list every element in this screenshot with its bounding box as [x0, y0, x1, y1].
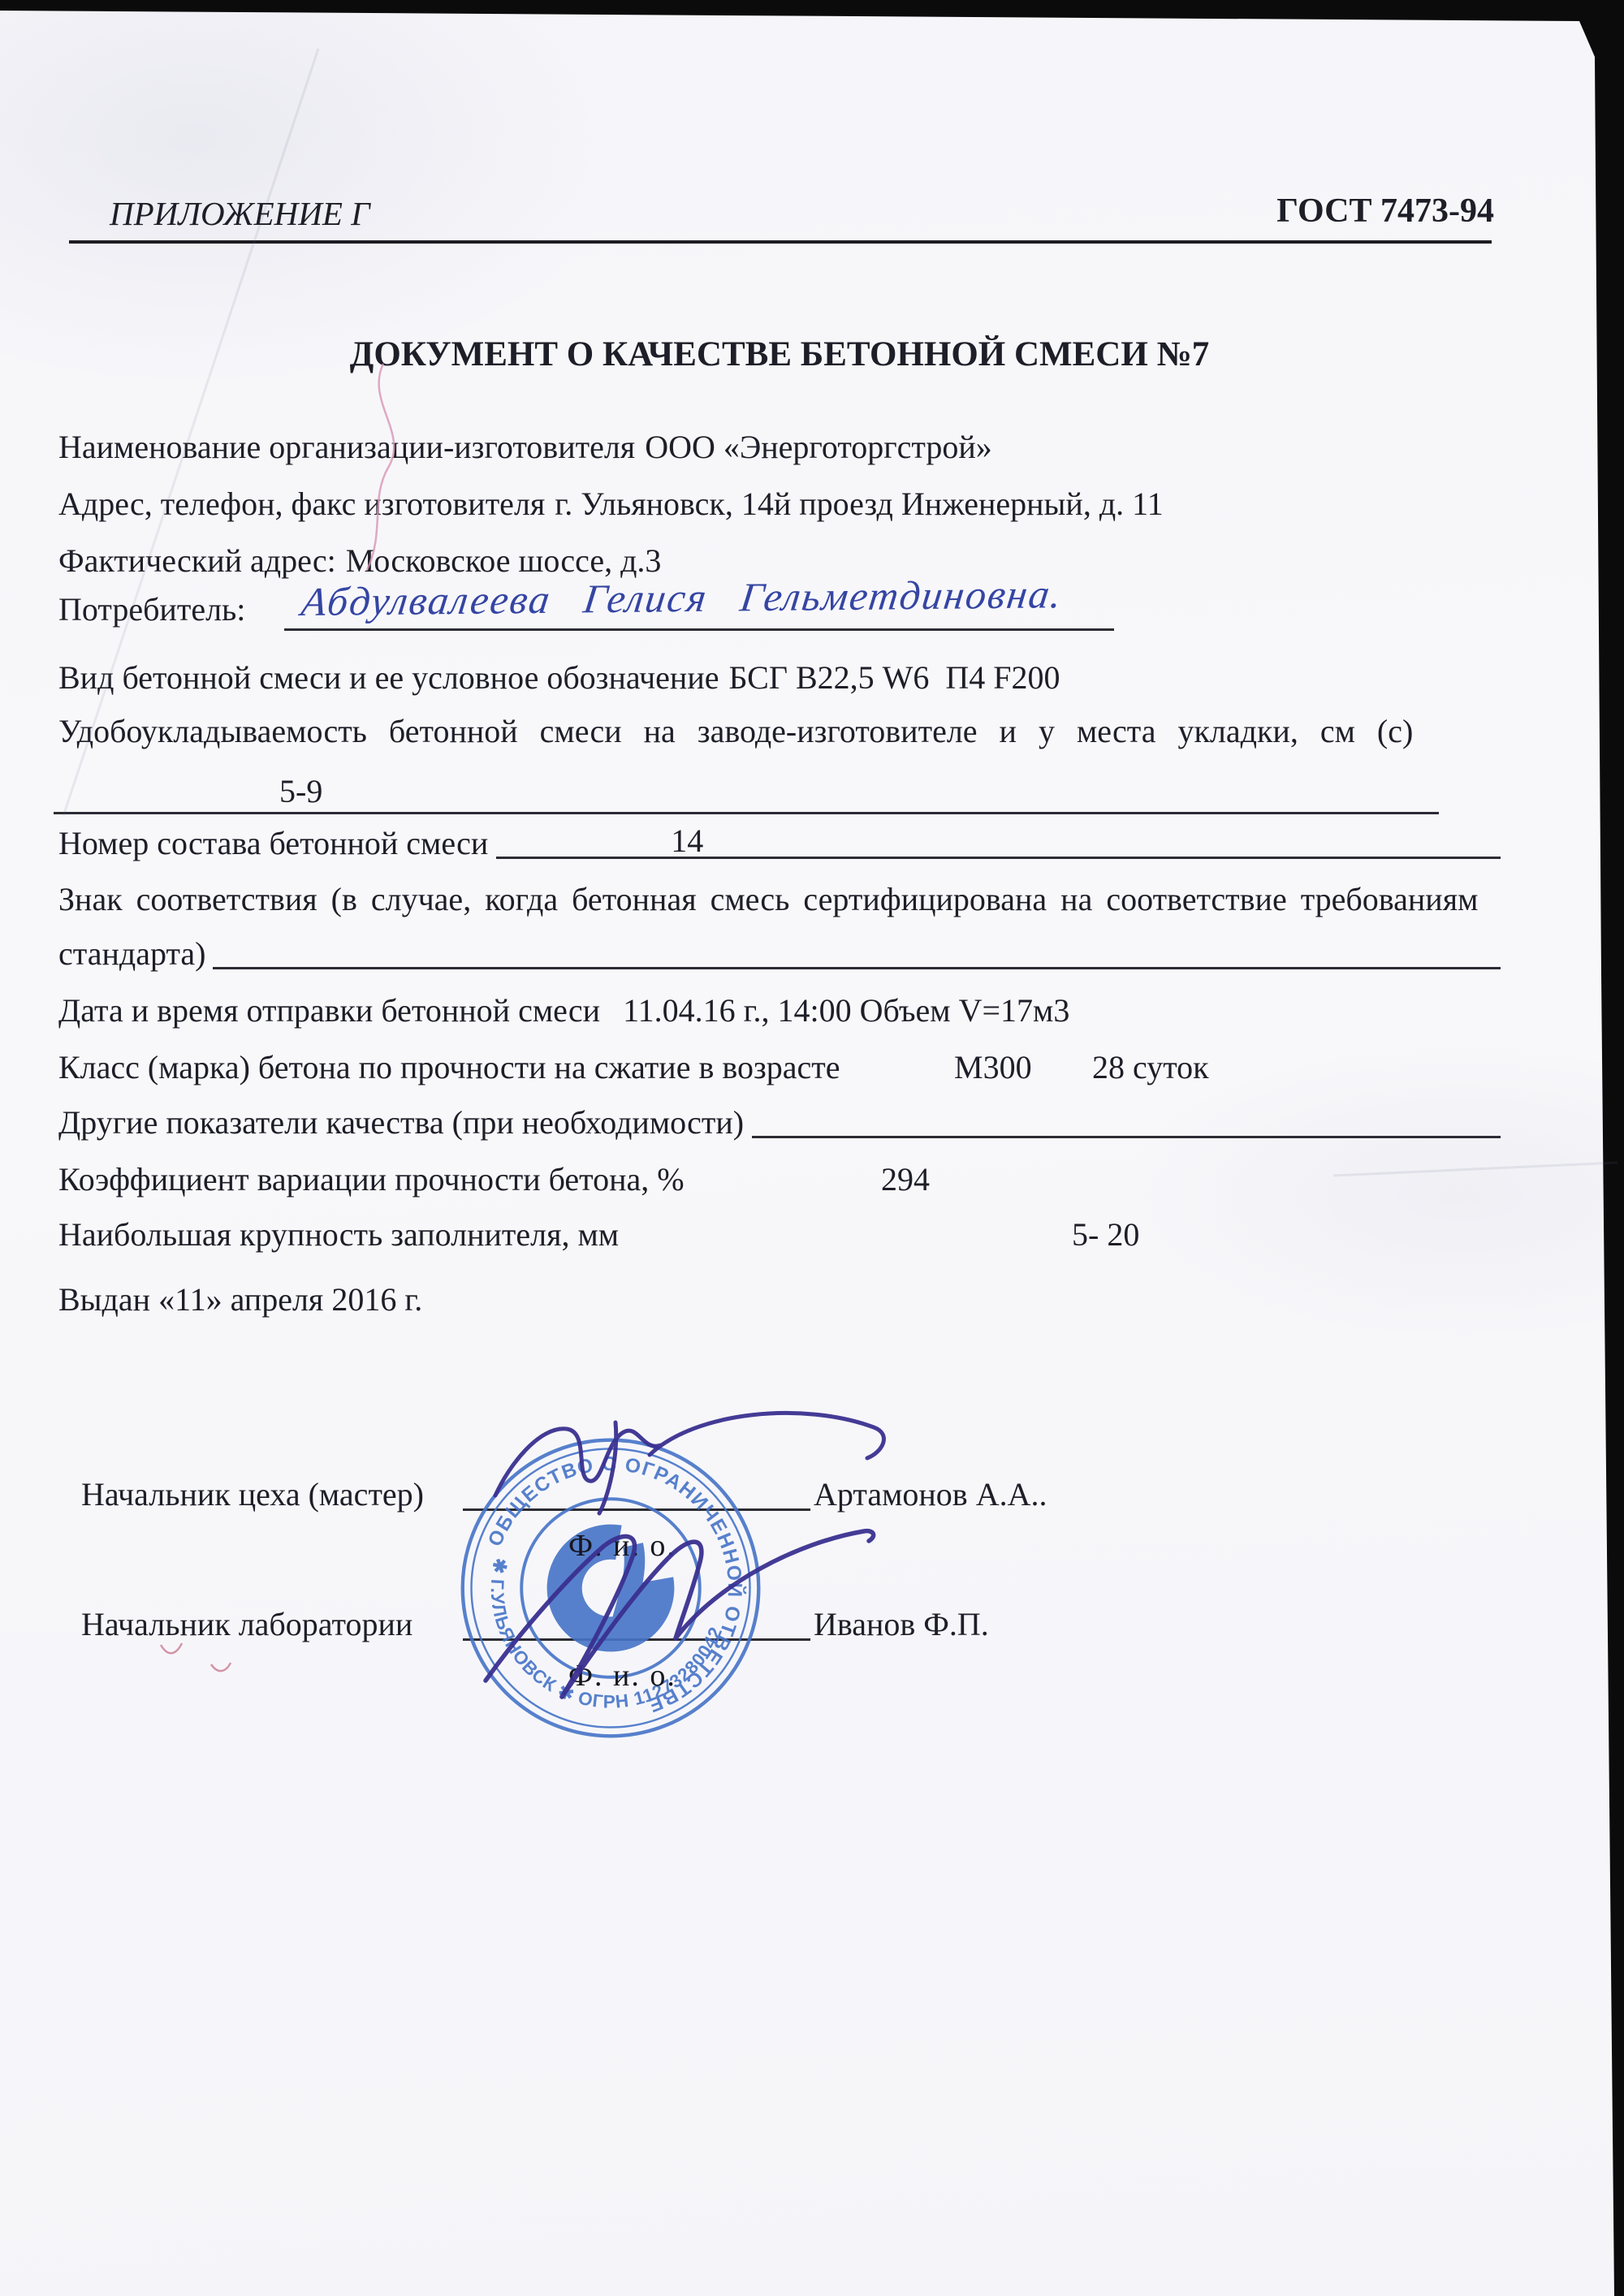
conformity-blank-line	[213, 935, 1501, 969]
gost-number: ГОСТ 7473-94	[1267, 192, 1494, 231]
appendix-label: ПРИЛОЖЕНИЕ Г	[110, 195, 370, 233]
mix-number-label: Номер состава бетонной смеси	[58, 825, 496, 862]
dispatch-line: Дата и время отправки бетонной смеси 11.…	[58, 992, 1501, 1029]
address-value: г. Ульяновск, 14й проезд Инженерный, д. …	[555, 486, 1163, 523]
document-title: ДОКУМЕНТ О КАЧЕСТВЕ БЕТОННОЙ СМЕСИ №7	[58, 334, 1501, 374]
strength-class-line: Класс (марка) бетона по прочности на сжа…	[58, 1049, 1501, 1086]
company-round-stamp-icon: ОБЩЕСТВО С ОГРАНИЧЕННОЙ ОТВЕТСТВЕННОСТЬЮ…	[451, 1427, 770, 1749]
consumer-handwritten-name: Абдулвалеева Гелися Гельметдиновна.	[299, 570, 1065, 625]
workability-value: 5-9	[279, 773, 322, 810]
fio-caption-2: Ф. и. о.	[568, 1658, 676, 1694]
header-rule	[69, 240, 1492, 244]
name-artamonov: Артамонов А.А..	[814, 1476, 1047, 1513]
workability-blank-line: 5-9	[54, 773, 1439, 814]
class-age: 28 суток	[1092, 1049, 1209, 1086]
manufacturer-value: ООО «Энерготоргстрой»	[645, 429, 992, 466]
mix-type-value: БСГ В22,5 W6 П4 F200	[728, 659, 1060, 697]
dispatch-label: Дата и время отправки бетонной смеси	[58, 992, 600, 1029]
class-value: М300	[954, 1049, 1032, 1086]
mix-number-value: 14	[671, 822, 703, 860]
aggregate-value: 5- 20	[1072, 1216, 1139, 1254]
other-label: Другие показатели качества (при необходи…	[58, 1104, 752, 1142]
address-line: Адрес, телефон, факс изготовителя г. Уль…	[58, 486, 1501, 523]
mix-number-blank-line: 14	[496, 825, 1501, 859]
dispatch-value: 11.04.16 г., 14:00 Объем V=17м3	[623, 992, 1069, 1029]
variation-label: Коэффициент вариации прочности бетона, %	[58, 1161, 685, 1198]
fio-caption-1: Ф. и. о.	[568, 1528, 676, 1564]
variation-value: 294	[881, 1161, 930, 1198]
manufacturer-line: Наименование организации-изготовителя ОО…	[58, 429, 1501, 466]
consumer-label: Потребитель:	[58, 591, 245, 628]
mix-type-label: Вид бетонной смеси и ее условное обознач…	[58, 659, 719, 697]
other-indicators-line: Другие показатели качества (при необходи…	[58, 1104, 1501, 1142]
aggregate-label: Наибольшая крупность заполнителя, мм	[58, 1216, 619, 1254]
conformity-line2: стандарта)	[58, 935, 1501, 973]
conformity-label-line1: Знак соответствия (в случае, когда бетон…	[58, 881, 1501, 918]
scanned-document: ПРИЛОЖЕНИЕ Г ГОСТ 7473-94 ДОКУМЕНТ О КАЧ…	[0, 0, 1624, 2296]
role-lab-chief: Начальник лаборатории	[81, 1606, 412, 1643]
other-blank-line	[752, 1104, 1501, 1138]
aggregate-line: Наибольшая крупность заполнителя, мм 5- …	[58, 1216, 1501, 1254]
mix-number-line: Номер состава бетонной смеси 14	[58, 825, 1501, 862]
actual-address-label: Фактический адрес:	[58, 542, 336, 580]
role-shop-master: Начальник цеха (мастер)	[81, 1476, 424, 1513]
class-label: Класс (марка) бетона по прочности на сжа…	[58, 1049, 840, 1086]
manufacturer-label: Наименование организации-изготовителя	[58, 429, 635, 466]
conformity-label-line2: стандарта)	[58, 935, 213, 973]
workability-label: Удобоукладываемость бетонной смеси на за…	[58, 713, 1501, 750]
issued-line: Выдан «11» апреля 2016 г.	[58, 1281, 422, 1318]
name-ivanov: Иванов Ф.П.	[814, 1606, 989, 1643]
variation-line: Коэффициент вариации прочности бетона, %…	[58, 1161, 1501, 1198]
mix-type-line: Вид бетонной смеси и ее условное обознач…	[58, 659, 1501, 697]
address-label: Адрес, телефон, факс изготовителя	[58, 486, 545, 523]
